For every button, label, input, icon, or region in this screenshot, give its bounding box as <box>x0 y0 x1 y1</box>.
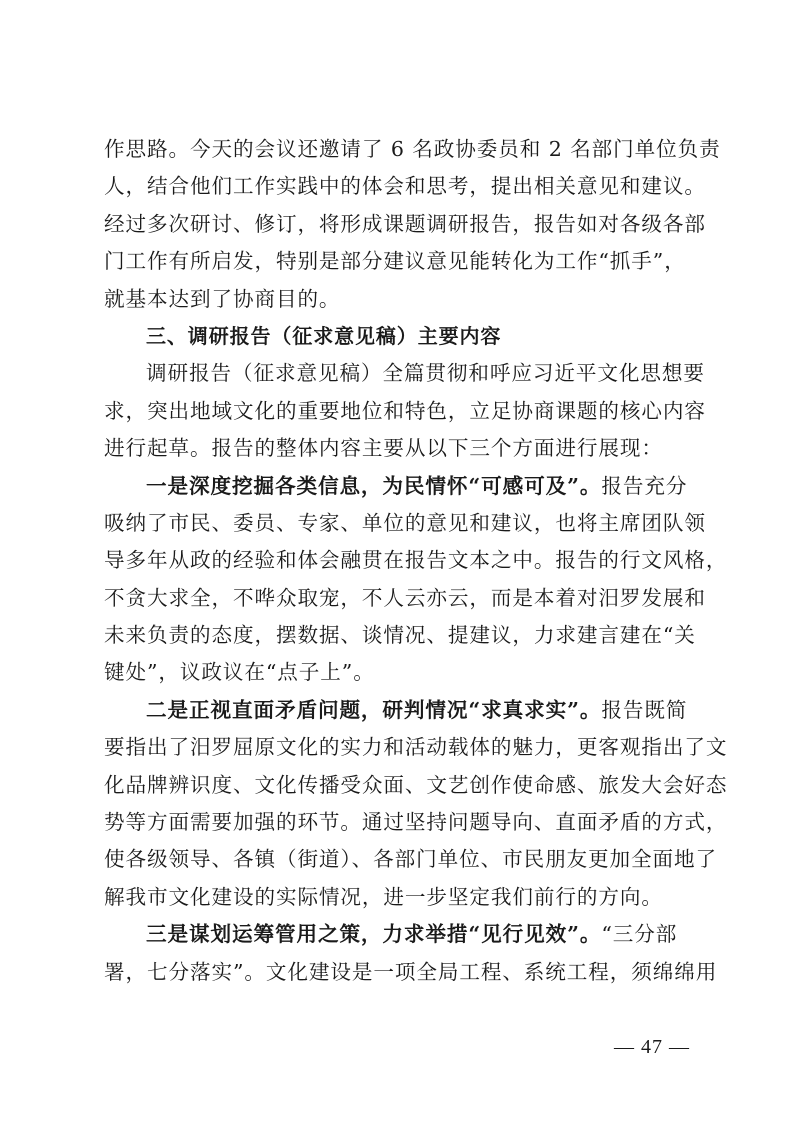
text-line: 人，结合他们工作实践中的体会和思考，提出相关意见和建议。 <box>104 168 687 205</box>
text-line: 导多年从政的经验和体会融贯在报告文本之中。报告的行文风格， <box>104 542 687 579</box>
point3-lead: 三是谋划运筹管用之策，力求举措“见行见效”。 <box>146 922 601 946</box>
point2-first-line: 二是正视直面矛盾问题，研判情况“求真求实”。报告既简 <box>104 692 687 729</box>
text-line: 求，突出地域文化的重要地位和特色，立足协商课题的核心内容 <box>104 393 687 430</box>
point1-lead: 一是深度挖掘各类信息，为民情怀“可感可及”。 <box>146 474 601 498</box>
text-line: 不贪大求全，不哗众取宠，不人云亦云，而是本着对汨罗发展和 <box>104 580 687 617</box>
text-line: 就基本达到了协商目的。 <box>104 281 687 318</box>
document-page: 作思路。今天的会议还邀请了 6 名政协委员和 2 名部门单位负责 人，结合他们工… <box>104 131 687 991</box>
point2-text: 报告既简 <box>601 698 687 722</box>
text-line: 势等方面需要加强的环节。通过坚持问题导向、直面矛盾的方式， <box>104 804 687 841</box>
text-line: 未来负责的态度，摆数据、谈情况、提建议，力求建言建在“关 <box>104 617 687 654</box>
text-line: 进行起草。报告的整体内容主要从以下三个方面进行展现： <box>104 430 687 467</box>
text-line: 门工作有所启发，特别是部分建议意见能转化为工作“抓手”， <box>104 243 687 280</box>
text-line: 署，七分落实”。文化建设是一项全局工程、系统工程，须绵绵用 <box>104 954 687 991</box>
section-heading: 三、调研报告（征求意见稿）主要内容 <box>104 318 687 355</box>
text-line: 键处”，议政议在“点子上”。 <box>104 654 687 691</box>
point1-text: 报告充分 <box>601 474 687 498</box>
text-line: 解我市文化建设的实际情况，进一步坚定我们前行的方向。 <box>104 879 687 916</box>
point3-text: “三分部 <box>601 922 677 946</box>
text-line: 调研报告（征求意见稿）全篇贯彻和呼应习近平文化思想要 <box>104 355 687 392</box>
text-line: 化品牌辨识度、文化传播受众面、文艺创作使命感、旅发大会好态 <box>104 767 687 804</box>
text-line: 吸纳了市民、委员、专家、单位的意见和建议，也将主席团队领 <box>104 505 687 542</box>
text-line: 要指出了汨罗屈原文化的实力和活动载体的魅力，更客观指出了文 <box>104 729 687 766</box>
point3-first-line: 三是谋划运筹管用之策，力求举措“见行见效”。“三分部 <box>104 916 687 953</box>
point2-lead: 二是正视直面矛盾问题，研判情况“求真求实”。 <box>146 698 601 722</box>
text-line: 使各级领导、各镇（街道）、各部门单位、市民朋友更加全面地了 <box>104 841 687 878</box>
text-line: 经过多次研讨、修订，将形成课题调研报告，报告如对各级各部 <box>104 206 687 243</box>
point1-first-line: 一是深度挖掘各类信息，为民情怀“可感可及”。报告充分 <box>104 468 687 505</box>
text-line: 作思路。今天的会议还邀请了 6 名政协委员和 2 名部门单位负责 <box>104 131 687 168</box>
page-number: — 47 — <box>614 1036 690 1059</box>
